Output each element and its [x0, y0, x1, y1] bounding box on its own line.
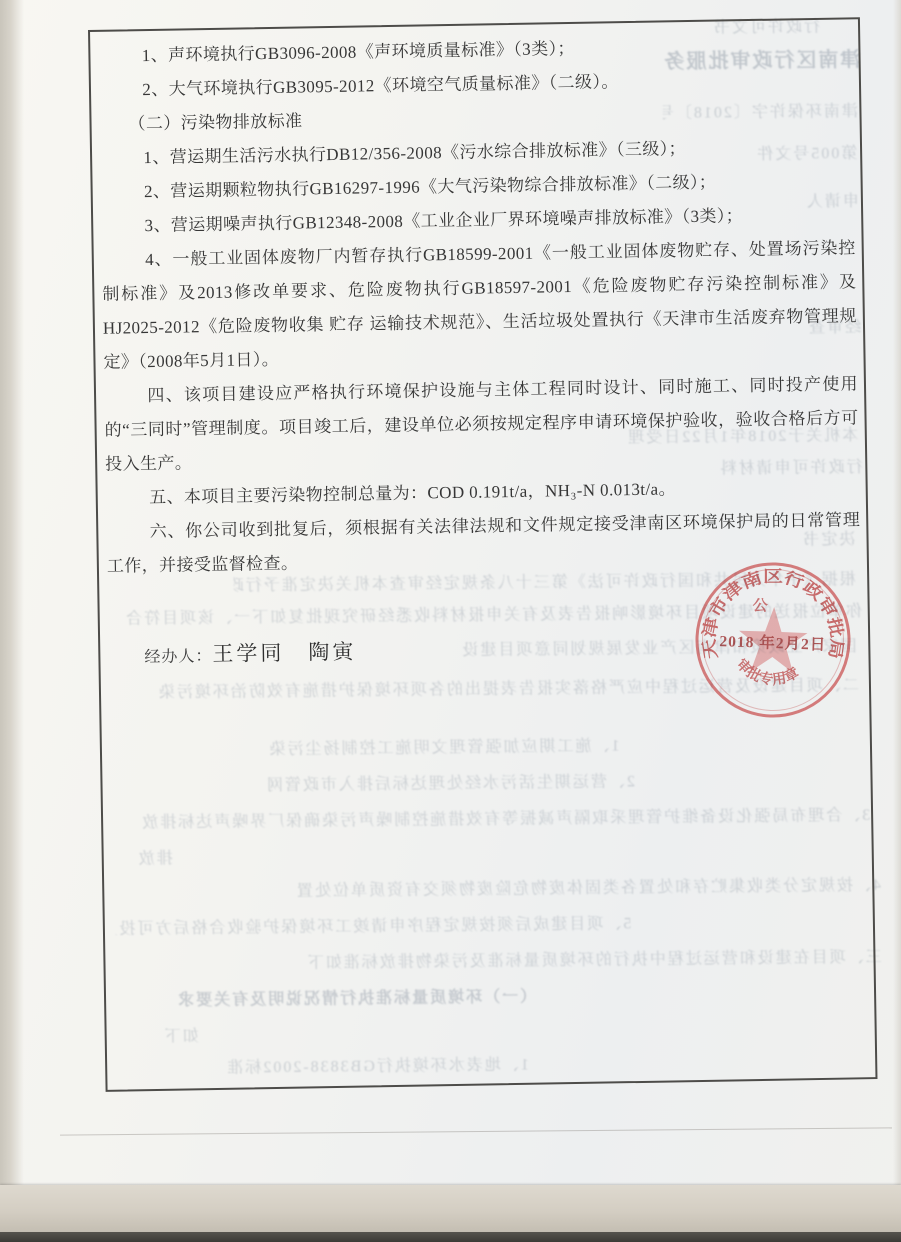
scanned-document-page: 行政许可文书 津南区行政审批服务 津南环保许字〔2018〕号 第005号文件 申… — [0, 0, 901, 1242]
paragraph-solid-waste: 4、一般工业固体废物厂内暂存执行GB18599-2001《一般工业固体废物贮存、… — [102, 231, 858, 379]
handler-label: 经办人： — [144, 648, 212, 666]
official-seal: 天津市津南区行政审批局 公 2018 年2月2日 审批专用章 — [685, 552, 861, 728]
seal-top-character: 公 — [752, 597, 769, 615]
seal-date: 2018 年2月2日 — [719, 631, 826, 654]
paragraph-three-simultaneous: 四、该项目建设应严格执行环境保护设施与主体工程同时设计、同时施工、同时投产使用的… — [104, 367, 860, 481]
handler-names: 王学同 陶寅 — [212, 640, 356, 666]
